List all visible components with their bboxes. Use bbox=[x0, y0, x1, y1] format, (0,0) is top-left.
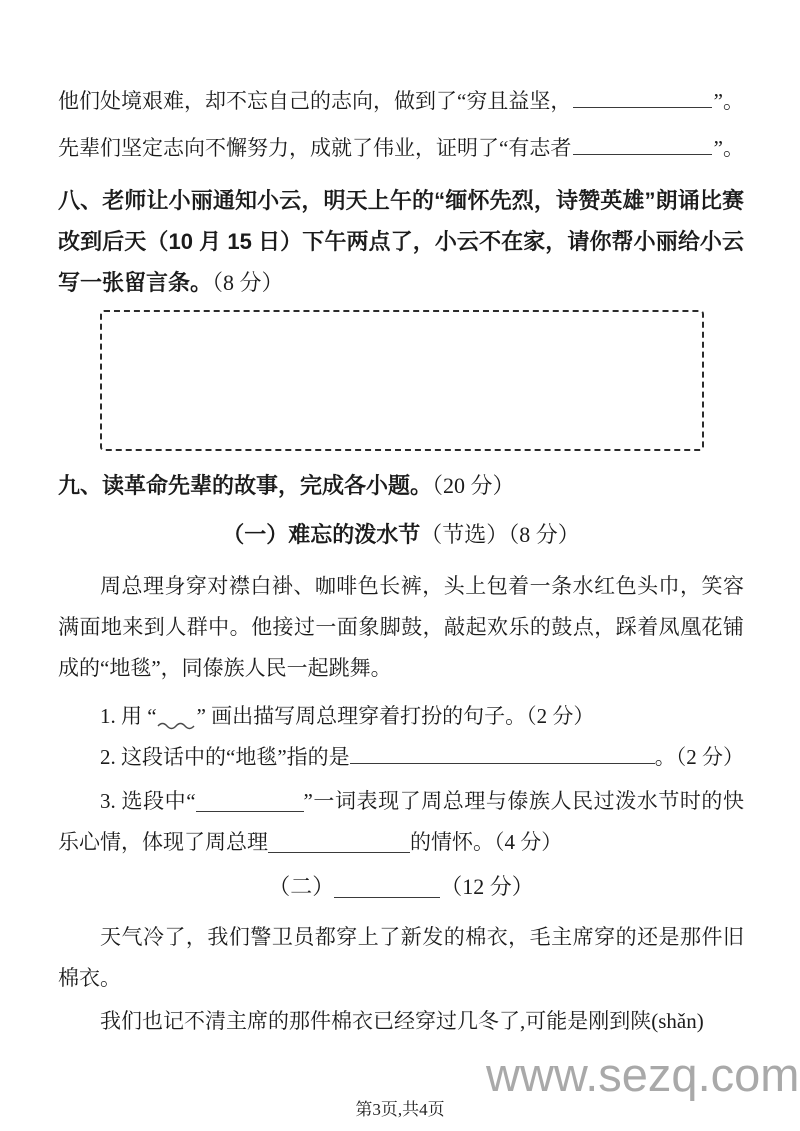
fill-blank-line-1: 他们处境艰难，却不忘自己的志向，做到了“穷且益坚，”。 bbox=[58, 86, 744, 116]
answer-blank bbox=[573, 140, 711, 155]
question-2: 2. 这段话中的“地毯”指的是。（2 分） bbox=[58, 739, 744, 775]
passage-2-score: （12 分） bbox=[440, 874, 534, 899]
answer-blank bbox=[196, 797, 304, 812]
exam-paper-page: 他们处境艰难，却不忘自己的志向，做到了“穷且益坚，”。 先辈们坚定志向不懈努力，… bbox=[0, 0, 800, 1131]
question-1-post: ” 画出描写周总理穿着打扮的句子。（2 分） bbox=[197, 704, 595, 728]
answer-blank bbox=[268, 838, 410, 853]
passage-2-paragraph-2: 我们也记不清主席的那件棉衣已经穿过几冬了,可能是刚到陕(shǎn) bbox=[58, 1001, 744, 1042]
passage-2-title: （二）（12 分） bbox=[58, 869, 744, 905]
answer-blank bbox=[350, 749, 655, 764]
section-8-heading-text: 八、老师让小丽通知小云，明天上午的“缅怀先烈，诗赞英雄”朗诵比赛改到后天（10 … bbox=[58, 188, 744, 295]
section-9-heading-text: 九、读革命先辈的故事，完成各小题。 bbox=[58, 473, 432, 498]
passage-2-label: （二） bbox=[268, 874, 334, 899]
answer-blank bbox=[573, 93, 711, 108]
passage-2-paragraph-1: 天气冷了，我们警卫员都穿上了新发的棉衣，毛主席穿的还是那件旧棉衣。 bbox=[58, 917, 744, 999]
passage-1-title-rest: （节选）（8 分） bbox=[420, 522, 580, 547]
passage-1-title: （一）难忘的泼水节（节选）（8 分） bbox=[58, 517, 744, 553]
note-writing-answer-box bbox=[100, 310, 704, 451]
fill-line-1-text: 他们处境艰难，却不忘自己的志向，做到了“穷且益坚， bbox=[58, 86, 571, 116]
wavy-underline-icon bbox=[157, 698, 197, 734]
section-8-heading: 八、老师让小丽通知小云，明天上午的“缅怀先烈，诗赞英雄”朗诵比赛改到后天（10 … bbox=[58, 180, 744, 303]
question-3-post: 的情怀。（4 分） bbox=[410, 830, 562, 854]
passage-1-text: 周总理身穿对襟白褂、咖啡色长裤，头上包着一条水红色头巾，笑容满面地来到人群中。他… bbox=[58, 566, 744, 689]
section-8-score: （8 分） bbox=[212, 270, 284, 295]
section-9-score: （20 分） bbox=[432, 473, 515, 498]
question-1-pre: 1. 用 “ bbox=[100, 704, 157, 728]
passage-1-title-text: （一）难忘的泼水节 bbox=[222, 522, 420, 547]
title-blank bbox=[334, 883, 440, 898]
section-9-heading: 九、读革命先辈的故事，完成各小题。（20 分） bbox=[58, 468, 744, 504]
fill-line-1-close: ”。 bbox=[714, 86, 744, 116]
fill-line-2-close: ”。 bbox=[714, 133, 744, 163]
exam-content: 他们处境艰难，却不忘自己的志向，做到了“穷且益坚，”。 先辈们坚定志向不懈努力，… bbox=[0, 0, 800, 1042]
page-number-footer: 第3页,共4页 bbox=[0, 1095, 800, 1120]
question-2-post: 。（2 分） bbox=[655, 739, 744, 775]
site-watermark: www.sezq.com bbox=[486, 1051, 799, 1098]
question-2-pre: 2. 这段话中的“地毯”指的是 bbox=[100, 739, 350, 775]
fill-blank-line-2: 先辈们坚定志向不懈努力，成就了伟业，证明了“有志者”。 bbox=[58, 133, 744, 163]
question-3-pre: 3. 选段中“ bbox=[100, 789, 196, 813]
question-3: 3. 选段中“”一词表现了周总理与傣族人民过泼水节时的快乐心情，体现了周总理的情… bbox=[58, 781, 744, 863]
question-1: 1. 用 “” 画出描写周总理穿着打扮的句子。（2 分） bbox=[58, 698, 744, 734]
fill-line-2-text: 先辈们坚定志向不懈努力，成就了伟业，证明了“有志者 bbox=[58, 133, 571, 163]
